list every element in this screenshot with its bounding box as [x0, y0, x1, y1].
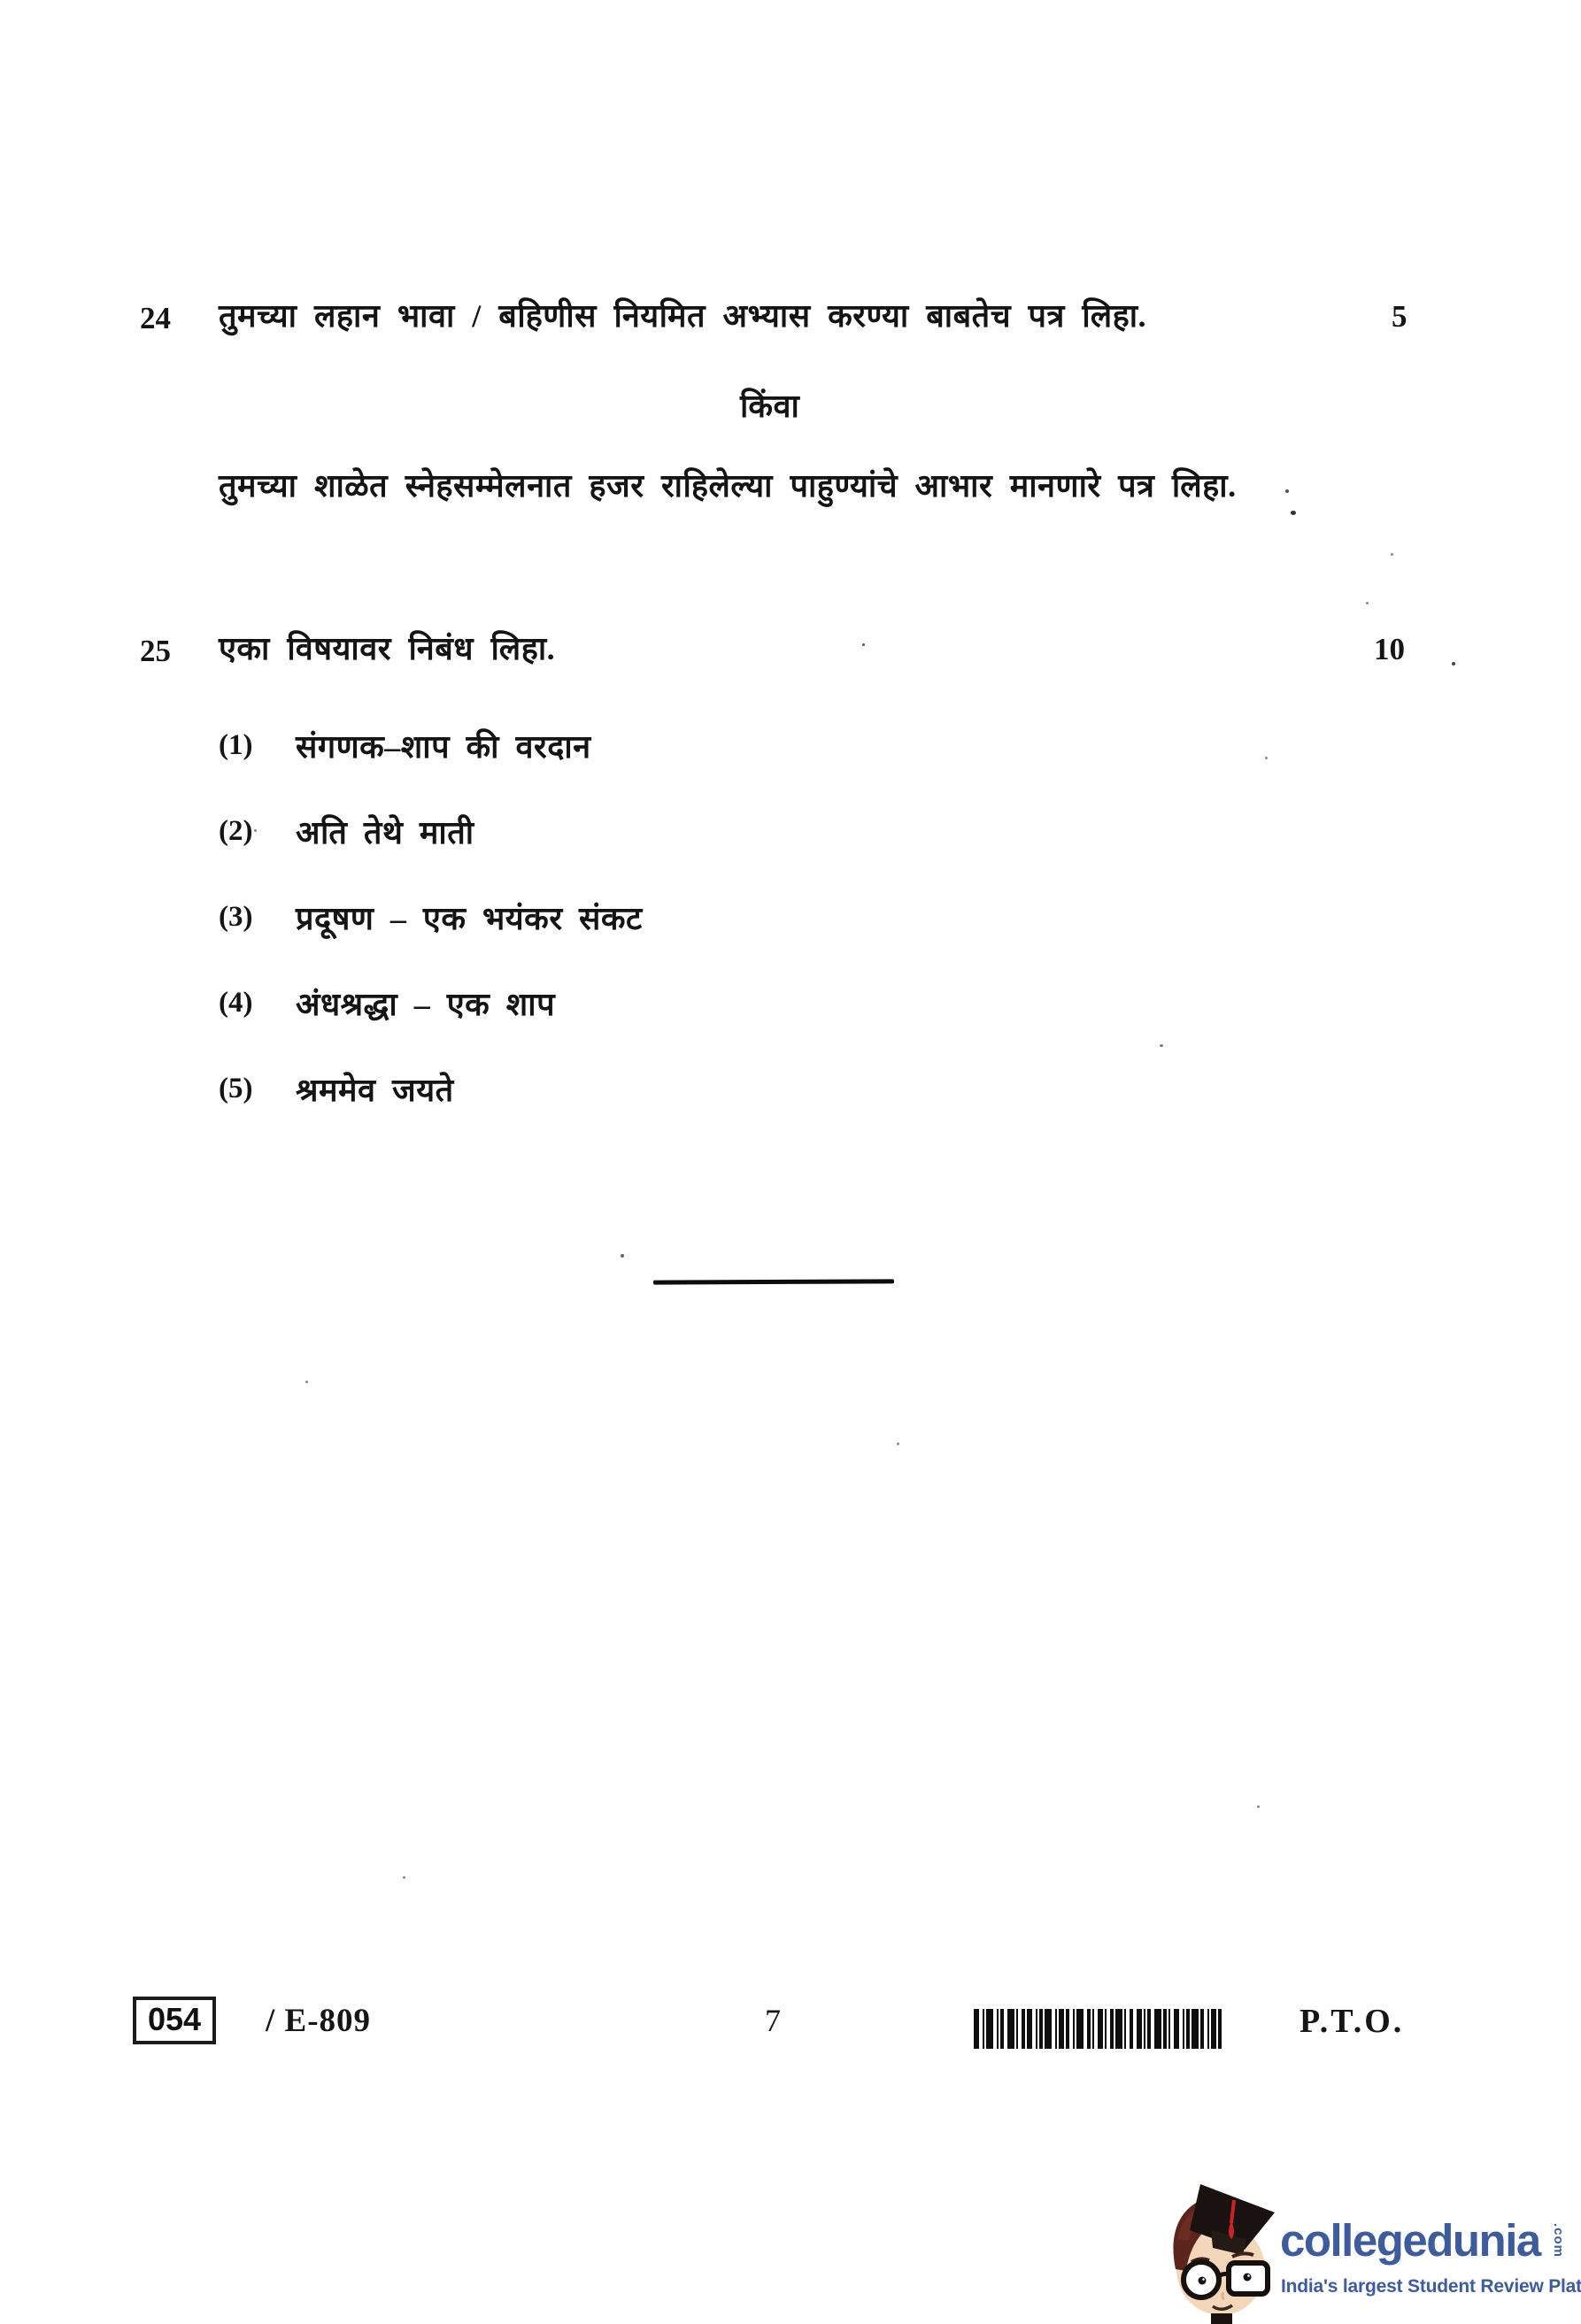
option-2-text: अति तेथे माती — [296, 810, 474, 853]
option-5-label: (5) — [219, 1073, 252, 1105]
option-1-text: संगणक–शाप की वरदान — [296, 724, 591, 767]
question-24-number: 24 — [140, 301, 171, 336]
option-1-label: (1) — [219, 729, 252, 762]
question-24-alternative-text: तुमच्या शाळेत स्नेहसम्मेलनात हजर राहिलेल… — [219, 467, 1237, 505]
end-divider-rule — [653, 1279, 894, 1284]
question-25-marks: 10 — [1374, 632, 1405, 667]
option-5-text: श्रममेव जयते — [296, 1067, 454, 1111]
question-24-text: तुमच्या लहान भावा / बहिणीस नियमित अभ्यास… — [219, 297, 1146, 335]
brand-tagline: India's largest Student Review Platform — [1281, 2276, 1581, 2297]
option-4-label: (4) — [219, 987, 252, 1020]
brand-dotcom: .com — [1551, 2223, 1566, 2258]
pto-label: P.T.O. — [1300, 2002, 1404, 2041]
question-24-or-label: किंवा — [740, 388, 799, 426]
option-4-text: अंधश्रद्धा – एक शाप — [296, 981, 555, 1025]
mascot-icon — [1165, 2177, 1285, 2324]
paper-series: / E-809 — [266, 2002, 371, 2040]
option-3-text: प्रदूषण – एक भयंकर संकट — [296, 896, 643, 939]
option-3-label: (3) — [219, 901, 252, 934]
exam-paper-page: 24 तुमच्या लहान भावा / बहिणीस नियमित अभ्… — [0, 0, 1581, 2324]
option-2-label: (2) — [219, 815, 252, 848]
question-24-marks: 5 — [1392, 299, 1407, 335]
page-number: 7 — [765, 2002, 781, 2039]
question-25-text: एका विषयावर निबंध लिहा. — [219, 630, 555, 668]
question-25-number: 25 — [140, 634, 171, 669]
barcode — [974, 2009, 1268, 2049]
brand-wordmark: collegedunia — [1280, 2214, 1540, 2266]
paper-code-box: 054 — [133, 1997, 216, 2044]
